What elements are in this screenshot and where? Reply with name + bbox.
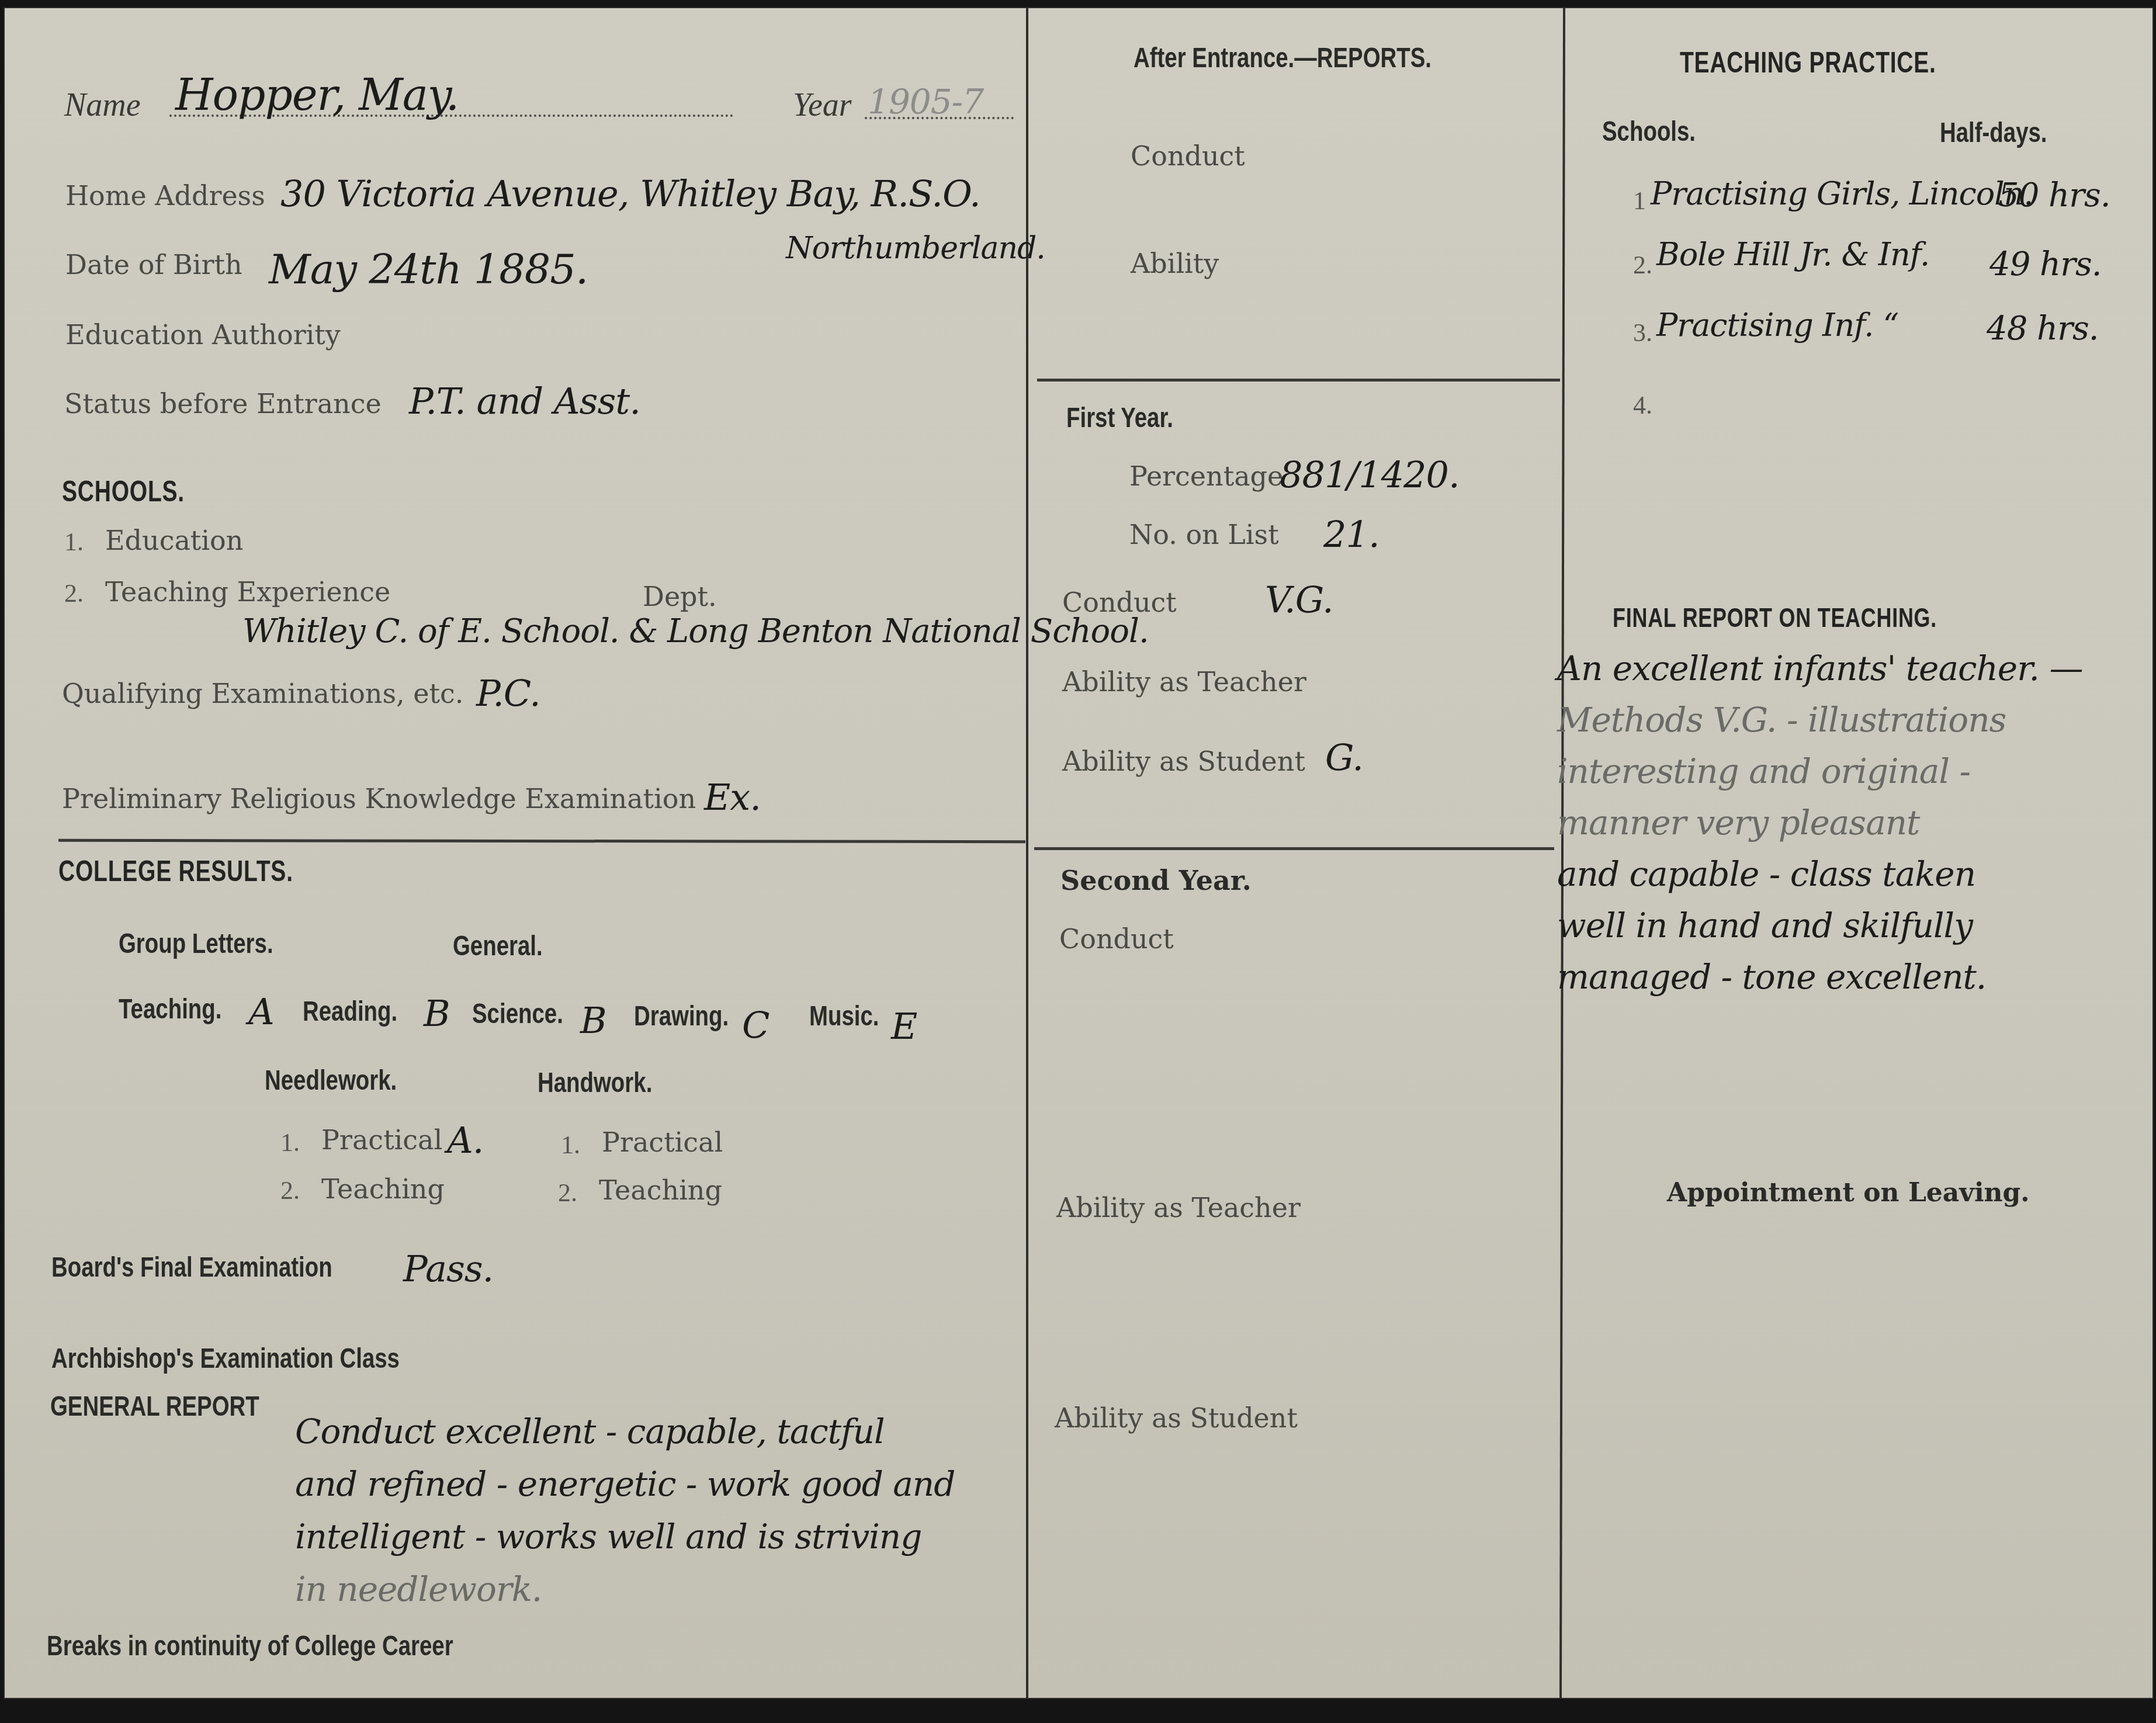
practice-row-number: 2. (1633, 250, 1652, 280)
percentage-value: 881/1420. (1280, 453, 1460, 496)
needlework-teaching-number: 2. (280, 1176, 300, 1205)
general-report-line: intelligent - works well and is striving (295, 1510, 955, 1563)
religious-value: Ex. (704, 776, 761, 819)
subject-reading-label: Reading. (303, 996, 397, 1028)
teaching-experience-value: Whitley C. of E. School. & Long Benton N… (242, 612, 1149, 650)
first-year-student-label: Ability as Student (1062, 746, 1305, 777)
first-year-conduct-label: Conduct (1062, 587, 1177, 618)
general-label: General. (453, 930, 543, 962)
practice-school: Practising Girls, Lincoln. (1651, 175, 2033, 212)
dob-label: Date of Birth (65, 249, 242, 280)
practice-halfdays: 50 hrs. (1998, 176, 2110, 214)
list-label: No. on List (1129, 519, 1279, 550)
schools-heading: SCHOOLS. (62, 474, 185, 508)
second-year-teacher-label: Ability as Teacher (1056, 1192, 1301, 1223)
status-value: P.T. and Asst. (409, 380, 640, 422)
first-year-conduct-value: V.G. (1265, 578, 1333, 621)
general-report-text: Conduct excellent - capable, tactful and… (295, 1405, 955, 1615)
boards-final-value: Pass. (403, 1247, 493, 1290)
education-label: Education (105, 525, 243, 556)
general-report-line: and refined - energetic - work good and (295, 1458, 955, 1510)
subject-science-grade: B (580, 999, 606, 1042)
first-year-student-value: G. (1325, 736, 1363, 779)
practice-halfdays: 48 hrs. (1987, 310, 2098, 348)
subject-drawing-label: Drawing. (634, 1000, 729, 1032)
general-report-line: Conduct excellent - capable, tactful (295, 1405, 955, 1458)
status-label: Status before Entrance (64, 388, 382, 420)
year-value: 1905-7 (868, 82, 983, 122)
handwork-teaching-label: Teaching (599, 1174, 722, 1206)
name-value: Hopper, May. (175, 70, 459, 120)
qualifying-label: Qualifying Examinations, etc. (62, 678, 463, 709)
college-results-heading: COLLEGE RESULTS. (58, 854, 293, 888)
final-report-heading: FINAL REPORT ON TEACHING. (1613, 602, 1937, 633)
after-entrance-conduct-label: Conduct (1131, 140, 1245, 172)
percentage-label: Percentage (1129, 460, 1283, 492)
second-year-heading: Second Year. (1060, 865, 1252, 896)
dob-value: May 24th 1885. (269, 245, 588, 293)
practice-school: Practising Inf. “ (1656, 307, 1898, 344)
education-authority-label: Education Authority (65, 319, 341, 351)
needlework-label: Needlework. (265, 1065, 397, 1097)
second-year-conduct-label: Conduct (1059, 923, 1174, 955)
needlework-practical-grade: A. (447, 1119, 483, 1162)
final-report-line: managed - tone excellent. (1557, 951, 2082, 1003)
subject-music-grade: E (891, 1005, 917, 1048)
home-address-line1: 30 Victoria Avenue, Whitley Bay, R.S.O. (280, 172, 980, 215)
home-address-label: Home Address (65, 180, 265, 212)
home-address-line2: Northumberland. (786, 231, 1045, 266)
final-report-line: well in hand and skilfully (1557, 900, 2082, 951)
final-report-line: manner very pleasant (1557, 797, 2082, 848)
dept-label: Dept. (643, 581, 717, 612)
practice-school: Bole Hill Jr. & Inf. (1656, 236, 1929, 273)
needlework-practical-number: 1. (280, 1128, 300, 1157)
after-entrance-heading: After Entrance.—REPORTS. (1134, 42, 1431, 74)
teaching-experience-label: Teaching Experience (105, 576, 390, 608)
final-report-line: An excellent infants' teacher. — (1557, 643, 2082, 694)
general-report-label: GENERAL REPORT (50, 1391, 259, 1423)
halfdays-column-label: Half-days. (1940, 117, 2047, 149)
religious-label: Preliminary Religious Knowledge Examinat… (62, 783, 696, 814)
first-year-heading: First Year. (1066, 402, 1173, 434)
handwork-practical-number: 1. (561, 1130, 580, 1160)
practice-row-number: 3. (1633, 318, 1652, 348)
needlework-teaching-label: Teaching (321, 1173, 445, 1205)
first-year-teacher-label: Ability as Teacher (1062, 666, 1306, 698)
name-label: Name (64, 86, 141, 124)
appointment-heading: Appointment on Leaving. (1667, 1178, 2030, 1208)
practice-row-number: 1 (1633, 186, 1646, 216)
archbishop-label: Archbishop's Examination Class (51, 1343, 400, 1375)
subject-teaching-grade: A (248, 990, 274, 1033)
after-entrance-ability-label: Ability (1131, 248, 1219, 279)
list-value: 21. (1323, 513, 1379, 556)
final-report-line: interesting and original - (1557, 746, 2082, 797)
divider-mid-second-year (1034, 847, 1554, 850)
qualifying-value: P.C. (476, 672, 540, 715)
teaching-practice-heading: TEACHING PRACTICE. (1680, 46, 1936, 79)
boards-final-label: Board's Final Examination (51, 1251, 332, 1284)
subject-teaching-label: Teaching. (119, 993, 221, 1025)
subject-drawing-grade: C (742, 1004, 769, 1046)
practice-halfdays: 49 hrs. (1989, 245, 2101, 283)
handwork-practical-label: Practical (602, 1126, 723, 1158)
teaching-experience-number: 2. (64, 578, 84, 608)
practice-row-number: 4. (1633, 390, 1652, 420)
final-report-line: and capable - class taken (1557, 848, 2082, 900)
divider-mid-first-year (1037, 379, 1560, 382)
handwork-label: Handwork. (538, 1067, 652, 1099)
group-letters-label: Group Letters. (119, 928, 273, 960)
general-report-line: in needlework. (295, 1563, 955, 1615)
education-number: 1. (64, 527, 84, 557)
needlework-practical-label: Practical (321, 1124, 442, 1156)
second-year-student-label: Ability as Student (1055, 1402, 1298, 1434)
schools-column-label: Schools. (1602, 116, 1696, 148)
subject-science-label: Science. (472, 998, 563, 1030)
final-report-line: Methods V.G. - illustrations (1557, 694, 2082, 746)
final-report-text: An excellent infants' teacher. — Methods… (1557, 643, 2082, 1003)
subject-music-label: Music. (809, 1000, 879, 1032)
year-label: Year (793, 86, 852, 124)
handwork-teaching-number: 2. (558, 1178, 577, 1208)
subject-reading-grade: B (424, 992, 450, 1035)
breaks-label: Breaks in continuity of College Career (47, 1630, 453, 1662)
